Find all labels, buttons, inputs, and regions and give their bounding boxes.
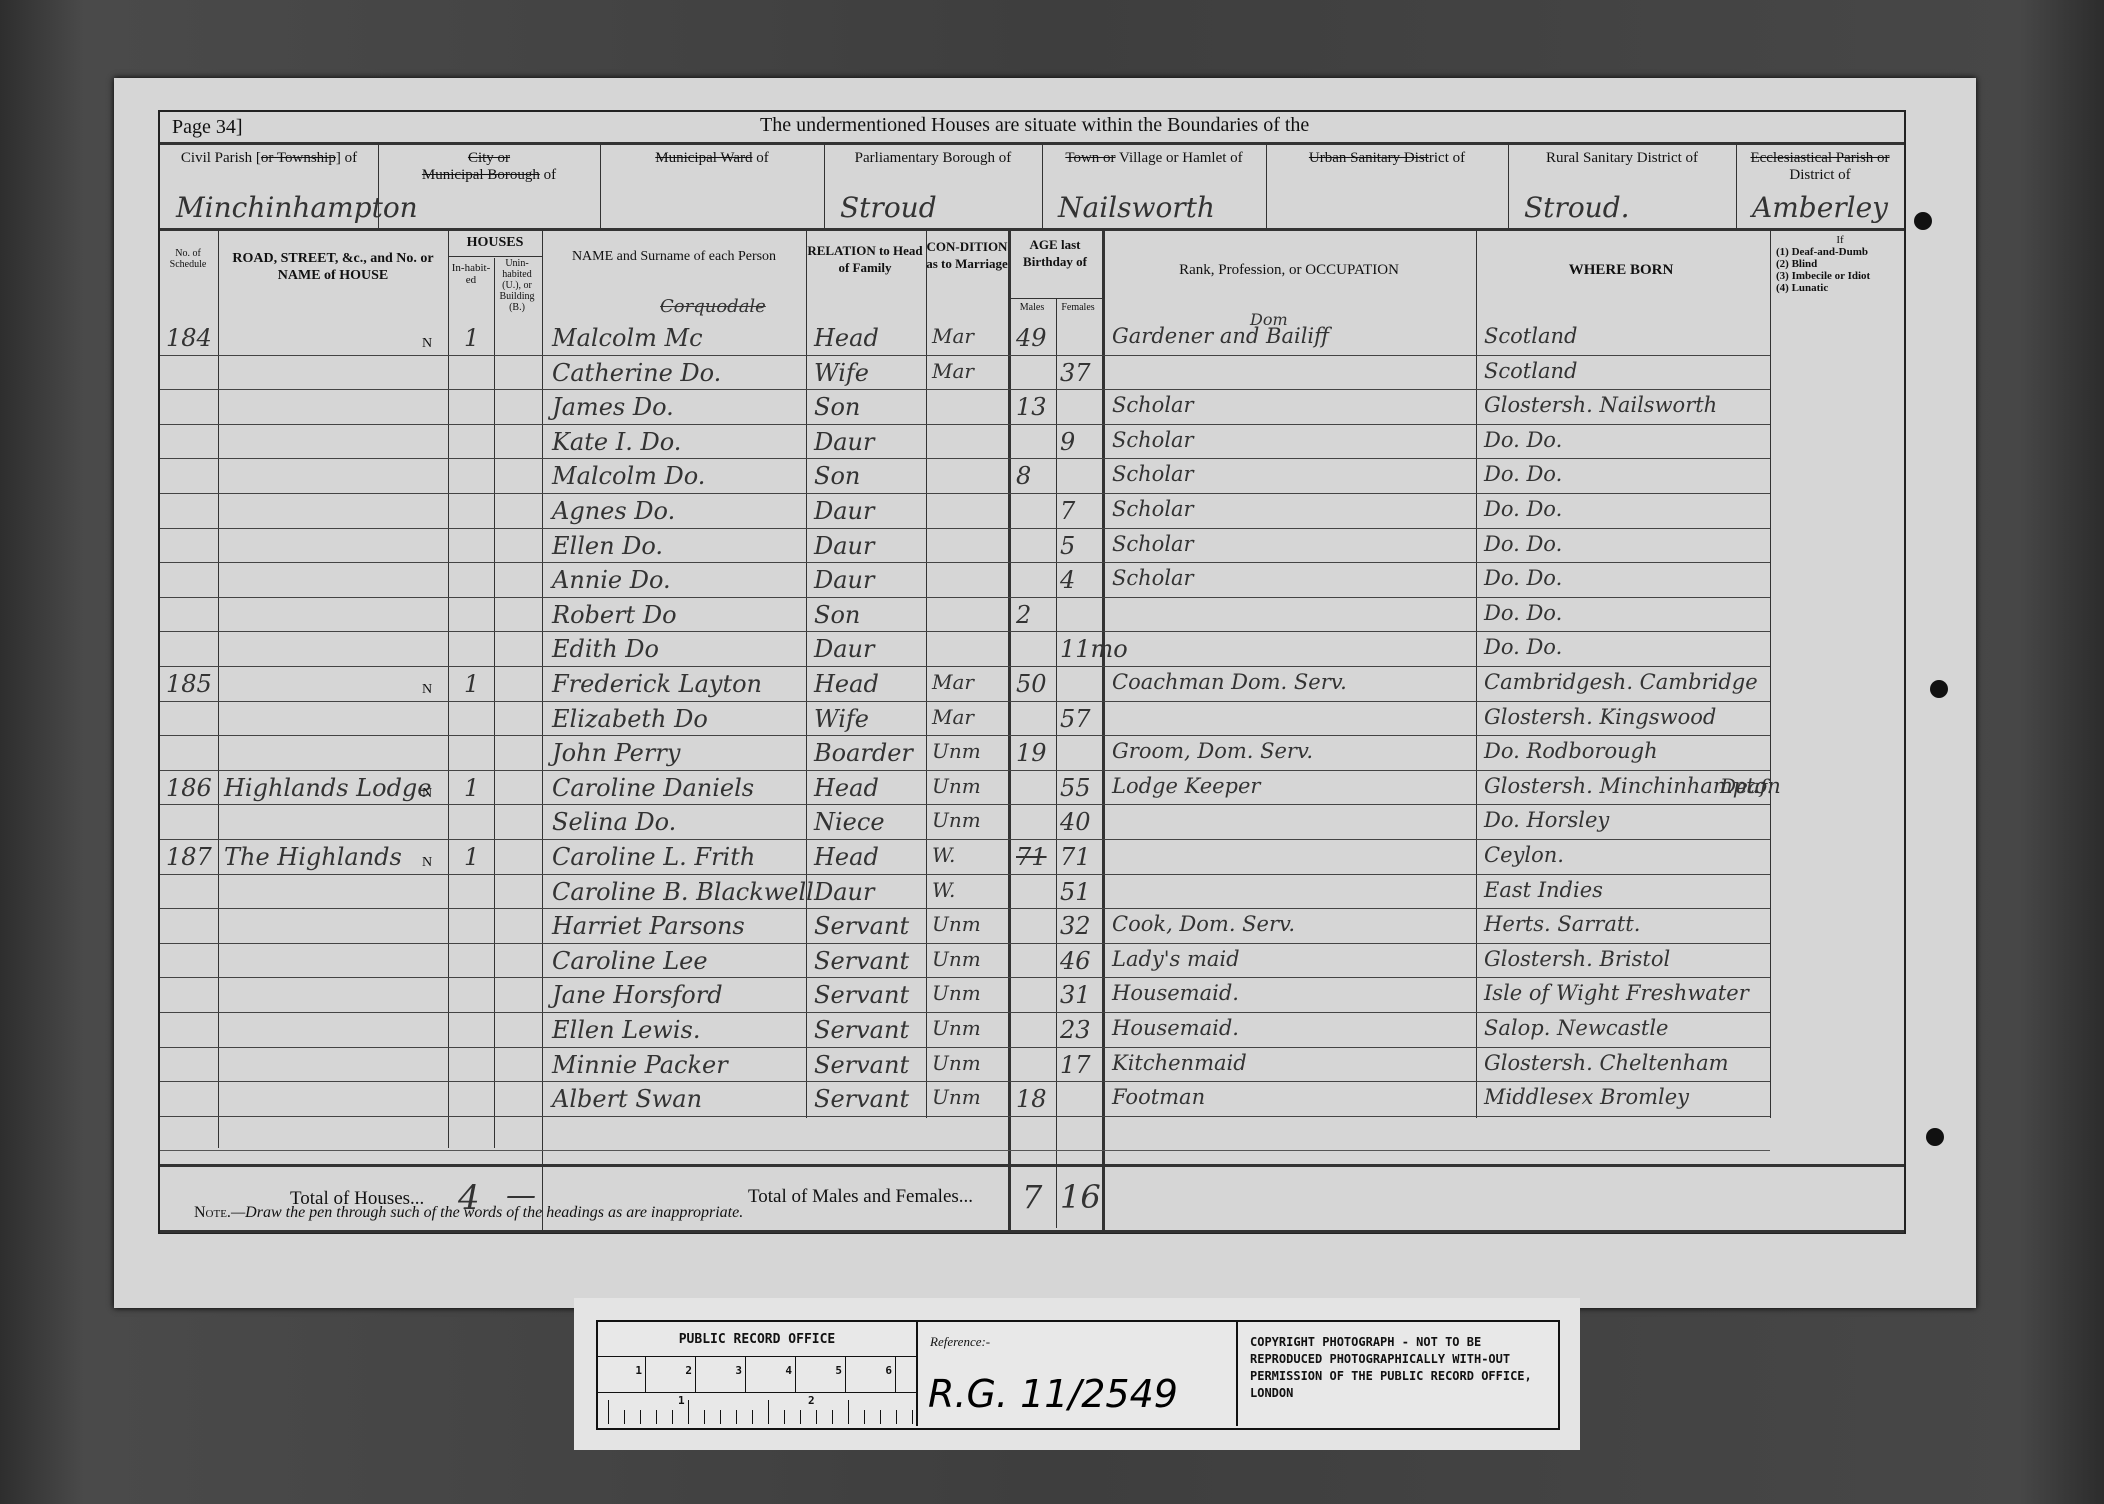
boundary-label-text: Rural Sanitary District of <box>1546 150 1698 166</box>
occupation: Scholar <box>1112 393 1194 417</box>
person-name: Jane Horsford <box>552 981 723 1009</box>
table-row: Albert SwanServantUnm18FootmanMiddlesex … <box>160 1083 1770 1118</box>
boundary-label-suffix: District of <box>1789 167 1850 183</box>
marital-condition: Unm <box>932 739 981 763</box>
house-mark: N <box>422 336 432 352</box>
boundary-label-struck: or Township <box>261 150 336 166</box>
person-name: Kate I. Do. <box>552 428 681 456</box>
birthplace: Do. Rodborough <box>1484 739 1658 763</box>
boundary-field: Ecclesiastical Parish or District ofAmbe… <box>1736 144 1904 228</box>
col-males-header: Males <box>1010 302 1054 313</box>
punch-hole <box>1926 1128 1944 1146</box>
male-age: 50 <box>1016 670 1047 698</box>
boundary-label: City orMunicipal Borough of <box>378 150 600 184</box>
relation-to-head: Son <box>814 462 860 490</box>
birthplace: Do. Do. <box>1484 566 1562 590</box>
person-name: Minnie Packer <box>552 1051 728 1079</box>
table-row: Harriet ParsonsServantUnm32Cook, Dom. Se… <box>160 910 1770 945</box>
col-relation-header: RELATION to Head of Family <box>806 242 924 276</box>
boundaries-banner: The undermentioned Houses are situate wi… <box>760 114 1309 137</box>
relation-to-head: Daur <box>814 566 874 594</box>
infirmity-option: (4) Lunatic <box>1776 282 1904 294</box>
infirmity-option: (2) Blind <box>1776 258 1904 270</box>
marital-condition: Unm <box>932 808 981 832</box>
table-row: 184N1Malcolm McHeadMar49Gardener and Bai… <box>160 322 1770 357</box>
col-houses-header: HOUSES <box>450 234 540 251</box>
col-condition-header: CON-DITION as to Marriage <box>926 238 1008 272</box>
boundary-value: Minchinhampton <box>168 191 374 224</box>
boundary-field: Civil Parish [or Township] ofMinchinhamp… <box>160 144 378 228</box>
occupation: Coachman Dom. Serv. <box>1112 670 1347 694</box>
scale-number: 2 <box>648 1356 696 1392</box>
relation-to-head: Daur <box>814 428 874 456</box>
house-mark: N <box>422 786 432 802</box>
inhabited-count: 1 <box>464 774 479 802</box>
boundary-label-struck: Ecclesiastical Parish or <box>1750 150 1889 166</box>
female-age: 5 <box>1060 532 1075 560</box>
pro-scale-box: PUBLIC RECORD OFFICE 123456 12 <box>598 1322 918 1426</box>
female-age: 37 <box>1060 359 1091 387</box>
occupation: Housemaid. <box>1112 1016 1239 1040</box>
table-row: Catherine Do.WifeMar37Scotland <box>160 357 1770 392</box>
scale-cells: 123456 <box>598 1356 916 1392</box>
boundary-field: Municipal Ward of <box>600 144 824 228</box>
boundary-label-suffix: rict of <box>1429 150 1465 166</box>
occupation: Footman <box>1112 1085 1205 1109</box>
table-row: Jane HorsfordServantUnm31Housemaid.Isle … <box>160 979 1770 1014</box>
marital-condition: Unm <box>932 1016 981 1040</box>
relation-to-head: Servant <box>814 981 909 1009</box>
person-name: Edith Do <box>552 635 659 663</box>
marital-condition: Unm <box>932 912 981 936</box>
census-form-frame: Page 34] The undermentioned Houses are s… <box>158 110 1906 1234</box>
boundary-label: Municipal Ward of <box>600 150 824 167</box>
relation-to-head: Daur <box>814 878 874 906</box>
infirmity-option: (1) Deaf-and-Dumb <box>1776 246 1904 258</box>
reference-label: Reference:- <box>930 1334 990 1350</box>
relation-to-head: Boarder <box>814 739 913 767</box>
col-where-born-header: WHERE BORN <box>1476 262 1766 279</box>
person-name: Robert Do <box>552 601 677 629</box>
schedule-number: 184 <box>166 324 212 352</box>
table-row: Minnie PackerServantUnm17KitchenmaidGlos… <box>160 1049 1770 1084</box>
boundary-field: Rural Sanitary District ofStroud. <box>1508 144 1736 228</box>
col-infirmity-header: If (1) Deaf-and-Dumb(2) Blind(3) Imbecil… <box>1776 234 1904 294</box>
female-age: 9 <box>1060 428 1075 456</box>
boundary-label-struck: Municipal Borough <box>422 167 540 183</box>
relation-to-head: Servant <box>814 1016 909 1044</box>
table-row: 187The HighlandsN1Caroline L. FrithHeadW… <box>160 841 1770 876</box>
marital-condition: Mar <box>932 324 974 348</box>
female-age: 46 <box>1060 947 1091 975</box>
relation-to-head: Servant <box>814 1085 909 1113</box>
marital-condition: Unm <box>932 774 981 798</box>
person-name: Caroline Lee <box>552 947 708 975</box>
table-row: Caroline LeeServantUnm46Lady's maidGlost… <box>160 945 1770 980</box>
birthplace: Scotland <box>1484 324 1577 348</box>
boundary-field: City orMunicipal Borough of <box>378 144 600 228</box>
col-name-header: NAME and Surname of each Person <box>544 248 804 265</box>
boundary-label: Ecclesiastical Parish or District of <box>1736 150 1904 184</box>
boundary-label-struck: Town or <box>1065 150 1115 166</box>
person-name: Selina Do. <box>552 808 676 836</box>
male-age: 2 <box>1016 601 1031 629</box>
female-age: 7 <box>1060 497 1075 525</box>
table-row: Annie Do.Daur4ScholarDo. Do. <box>160 564 1770 599</box>
col-age-header: AGE last Birthday of <box>1010 236 1100 270</box>
boundary-field: Town or Village or Hamlet ofNailsworth <box>1042 144 1266 228</box>
person-name: Frederick Layton <box>552 670 762 698</box>
female-age: 57 <box>1060 705 1091 733</box>
birthplace: Glostersh. Nailsworth <box>1484 393 1717 417</box>
col-females-header: Females <box>1056 302 1100 313</box>
table-row: Edith DoDaur11moDo. Do. <box>160 633 1770 668</box>
person-name: Elizabeth Do <box>552 705 708 733</box>
occupation: Kitchenmaid <box>1112 1051 1247 1075</box>
relation-to-head: Wife <box>814 705 869 733</box>
relation-to-head: Head <box>814 324 879 352</box>
total-females: 16 <box>1060 1178 1101 1216</box>
name-annotation: Corquodale <box>660 296 766 317</box>
birthplace: Salop. Newcastle <box>1484 1016 1668 1040</box>
birthplace: Do. Horsley <box>1484 808 1609 832</box>
person-name: James Do. <box>552 393 674 421</box>
table-row: Agnes Do.Daur7ScholarDo. Do. <box>160 495 1770 530</box>
female-age: 31 <box>1060 981 1091 1009</box>
occupation: Groom, Dom. Serv. <box>1112 739 1313 763</box>
archive-label-card: PUBLIC RECORD OFFICE 123456 12 Reference… <box>574 1298 1580 1450</box>
form-note: Note.—Draw the pen through such of the w… <box>194 1204 743 1222</box>
boundary-label-suffix: ] of <box>336 150 357 166</box>
relation-to-head: Head <box>814 670 879 698</box>
female-age: 11mo <box>1060 635 1128 663</box>
female-age: 4 <box>1060 566 1075 594</box>
boundary-value: Amberley <box>1744 191 1900 224</box>
ruler: 12 <box>598 1392 916 1426</box>
female-age: 55 <box>1060 774 1091 802</box>
occupation: Cook, Dom. Serv. <box>1112 912 1295 936</box>
scale-number: 5 <box>798 1356 846 1392</box>
relation-to-head: Servant <box>814 912 909 940</box>
relation-to-head: Head <box>814 843 879 871</box>
infirmity-option: (3) Imbecile or Idiot <box>1776 270 1904 282</box>
person-name: Catherine Do. <box>552 359 721 387</box>
male-age: 71 <box>1016 843 1047 871</box>
occupation: Scholar <box>1112 566 1194 590</box>
table-row: Ellen Do.Daur5ScholarDo. Do. <box>160 530 1770 565</box>
birthplace: Glostersh. Bristol <box>1484 947 1670 971</box>
male-age: 19 <box>1016 739 1047 767</box>
male-age: 8 <box>1016 462 1031 490</box>
boundary-label-text: Civil Parish [ <box>181 150 261 166</box>
boundary-label-suffix: of <box>753 150 769 166</box>
ruler-number: 1 <box>678 1394 685 1407</box>
person-name: Caroline L. Frith <box>552 843 755 871</box>
house-mark: N <box>422 682 432 698</box>
relation-to-head: Son <box>814 601 860 629</box>
person-name: Malcolm Do. <box>552 462 705 490</box>
marital-condition: Mar <box>932 705 974 729</box>
table-row: Selina Do.NieceUnm40Do. Horsley <box>160 806 1770 841</box>
boundary-label: Town or Village or Hamlet of <box>1042 150 1266 167</box>
schedule-number: 186 <box>166 774 212 802</box>
page-label: Page 34] <box>172 116 243 139</box>
occupation: Scholar <box>1112 428 1194 452</box>
male-age: 13 <box>1016 393 1047 421</box>
boundary-value: Nailsworth <box>1050 191 1262 224</box>
punch-hole <box>1930 680 1948 698</box>
boundary-label-struck: Municipal Ward <box>655 150 752 166</box>
female-age: 40 <box>1060 808 1091 836</box>
person-name: Caroline Daniels <box>552 774 754 802</box>
road-or-house-name: The Highlands <box>224 843 402 871</box>
boundary-label-struck: Urban Sanitary Dist <box>1309 150 1429 166</box>
col-road-header: ROAD, STREET, &c., and No. or NAME of HO… <box>222 250 444 284</box>
birthplace: Do. Do. <box>1484 497 1562 521</box>
schedule-number: 187 <box>166 843 212 871</box>
table-row: Kate I. Do.Daur9ScholarDo. Do. <box>160 426 1770 461</box>
relation-to-head: Head <box>814 774 879 802</box>
male-age: 49 <box>1016 324 1047 352</box>
boundary-label: Parliamentary Borough of <box>824 150 1042 167</box>
punch-hole <box>1914 212 1932 230</box>
occupation-note: Dom <box>1250 310 1288 329</box>
birthplace: Scotland <box>1484 359 1577 383</box>
infirmity: Deaf. <box>1720 774 1773 798</box>
boundary-label: Urban Sanitary District of <box>1266 150 1508 167</box>
marital-condition: Mar <box>932 359 974 383</box>
pro-title: PUBLIC RECORD OFFICE <box>598 1332 916 1347</box>
relation-to-head: Niece <box>814 808 885 836</box>
relation-to-head: Daur <box>814 635 874 663</box>
female-age: 32 <box>1060 912 1091 940</box>
inhabited-count: 1 <box>464 843 479 871</box>
person-name: Annie Do. <box>552 566 671 594</box>
occupation: Scholar <box>1112 532 1194 556</box>
copyright-notice: COPYRIGHT PHOTOGRAPH - NOT TO BE REPRODU… <box>1250 1334 1550 1402</box>
col-inhabited-header: In-habit-ed <box>450 262 492 286</box>
boundary-label: Civil Parish [or Township] of <box>160 150 378 167</box>
birthplace: Glostersh. Cheltenham <box>1484 1051 1729 1075</box>
occupation: Gardener and Bailiff <box>1112 324 1329 348</box>
scale-number: 4 <box>748 1356 796 1392</box>
birthplace: Ceylon. <box>1484 843 1564 867</box>
road-or-house-name: Highlands Lodge <box>224 774 432 802</box>
birthplace: Middlesex Bromley <box>1484 1085 1689 1109</box>
birthplace: Cambridgesh. Cambridge <box>1484 670 1758 694</box>
boundary-label-struck: City or <box>378 150 600 167</box>
boundary-label-text: Parliamentary Borough of <box>855 150 1012 166</box>
marital-condition: Unm <box>932 947 981 971</box>
person-name: Malcolm Mc <box>552 324 703 352</box>
male-age: 18 <box>1016 1085 1047 1113</box>
person-name: Agnes Do. <box>552 497 675 525</box>
birthplace: Do. Do. <box>1484 601 1562 625</box>
person-name: Ellen Lewis. <box>552 1016 700 1044</box>
note-prefix: Note. <box>194 1204 231 1221</box>
census-page: Page 34] The undermentioned Houses are s… <box>114 78 1976 1308</box>
birthplace: Glostersh. Kingswood <box>1484 705 1716 729</box>
relation-to-head: Daur <box>814 497 874 525</box>
house-mark: N <box>422 855 432 871</box>
birthplace: Isle of Wight Freshwater <box>1484 981 1749 1005</box>
marital-condition: Unm <box>932 1085 981 1109</box>
scale-number: 3 <box>698 1356 746 1392</box>
marital-condition: Mar <box>932 670 974 694</box>
total-persons-label: Total of Males and Females... <box>748 1186 973 1208</box>
occupation: Lodge Keeper <box>1112 774 1260 798</box>
birthplace: Herts. Sarratt. <box>1484 912 1640 936</box>
col-occupation-header: Rank, Profession, or OCCUPATION <box>1104 262 1474 279</box>
total-males: 7 <box>1022 1178 1042 1216</box>
table-row: Elizabeth DoWifeMar57Glostersh. Kingswoo… <box>160 703 1770 738</box>
occupation: Scholar <box>1112 497 1194 521</box>
table-row: James Do.Son13ScholarGlostersh. Nailswor… <box>160 391 1770 426</box>
female-age: 17 <box>1060 1051 1091 1079</box>
boundary-label: Rural Sanitary District of <box>1508 150 1736 167</box>
relation-to-head: Daur <box>814 532 874 560</box>
table-row: Malcolm Do.Son8ScholarDo. Do. <box>160 460 1770 495</box>
boundary-label-suffix: of <box>540 167 556 183</box>
scale-number: 1 <box>598 1356 646 1392</box>
person-name: Ellen Do. <box>552 532 663 560</box>
marital-condition: Unm <box>932 981 981 1005</box>
person-name: Harriet Parsons <box>552 912 745 940</box>
person-name: John Perry <box>552 739 680 767</box>
person-name: Caroline B. Blackwell <box>552 878 814 906</box>
occupation: Lady's maid <box>1112 947 1240 971</box>
infirmity-title: If <box>1776 234 1904 246</box>
col-schedule-header: No. of Schedule <box>160 248 216 270</box>
scale-number: 6 <box>848 1356 896 1392</box>
birthplace: Do. Do. <box>1484 428 1562 452</box>
schedule-number: 185 <box>166 670 212 698</box>
birthplace: Do. Do. <box>1484 635 1562 659</box>
female-age: 23 <box>1060 1016 1091 1044</box>
reference-box: Reference:- R.G. 11/2549 <box>918 1322 1238 1426</box>
female-age: 71 <box>1060 843 1091 871</box>
marital-condition: W. <box>932 878 955 902</box>
inhabited-count: 1 <box>464 670 479 698</box>
marital-condition: W. <box>932 843 955 867</box>
note-text: —Draw the pen through such of the words … <box>231 1204 743 1221</box>
occupation: Scholar <box>1112 462 1194 486</box>
female-age: 51 <box>1060 878 1091 906</box>
boundary-field: Urban Sanitary District of <box>1266 144 1508 228</box>
reference-number: R.G. 11/2549 <box>928 1372 1178 1416</box>
table-row: Robert DoSon2Do. Do. <box>160 599 1770 634</box>
relation-to-head: Son <box>814 393 860 421</box>
boundary-label-suffix: Village or Hamlet of <box>1116 150 1243 166</box>
relation-to-head: Wife <box>814 359 869 387</box>
marital-condition: Unm <box>932 1051 981 1075</box>
ruler-number: 2 <box>808 1394 815 1407</box>
boundary-value: Stroud <box>832 191 1038 224</box>
birthplace: Do. Do. <box>1484 462 1562 486</box>
table-row: John PerryBoarderUnm19Groom, Dom. Serv.D… <box>160 737 1770 772</box>
table-row: 185N1Frederick LaytonHeadMar50Coachman D… <box>160 668 1770 703</box>
table-row: Caroline B. BlackwellDaurW.51East Indies <box>160 876 1770 911</box>
archive-label: PUBLIC RECORD OFFICE 123456 12 Reference… <box>596 1320 1560 1430</box>
relation-to-head: Servant <box>814 1051 909 1079</box>
relation-to-head: Servant <box>814 947 909 975</box>
inhabited-count: 1 <box>464 324 479 352</box>
occupation: Housemaid. <box>1112 981 1239 1005</box>
birthplace: Do. Do. <box>1484 532 1562 556</box>
col-uninhabited-header: Unin-habited (U.), or Building (B.) <box>494 258 540 313</box>
boundary-value: Stroud. <box>1516 191 1732 224</box>
boundary-field: Parliamentary Borough ofStroud <box>824 144 1042 228</box>
table-row: 186Highlands LodgeN1Caroline DanielsHead… <box>160 772 1770 807</box>
person-name: Albert Swan <box>552 1085 702 1113</box>
table-row: Ellen Lewis.ServantUnm23Housemaid.Salop.… <box>160 1014 1770 1049</box>
infirmity-options: (1) Deaf-and-Dumb(2) Blind(3) Imbecile o… <box>1776 246 1904 294</box>
birthplace: East Indies <box>1484 878 1603 902</box>
